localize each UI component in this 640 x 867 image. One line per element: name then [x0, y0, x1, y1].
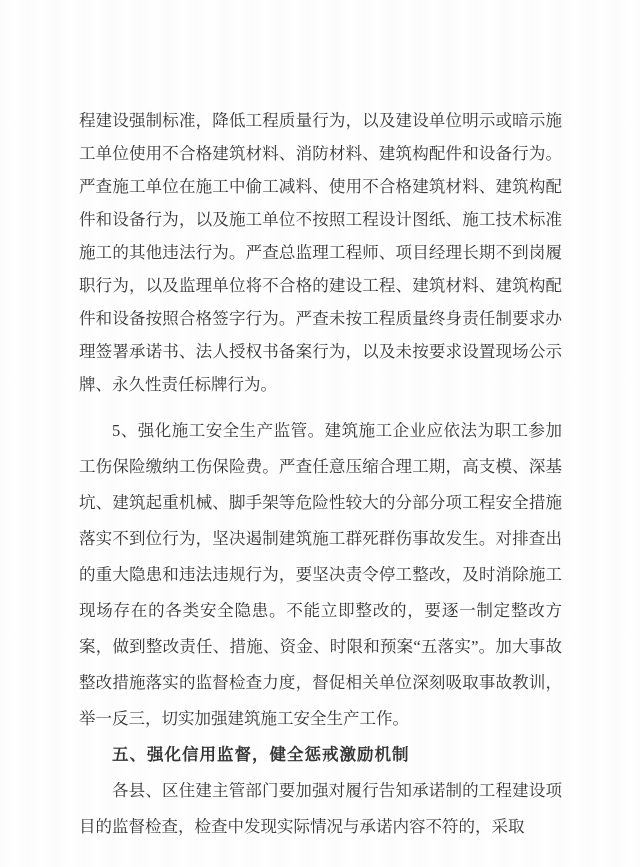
- paragraph-credit-supervision: 各县、区住建主管部门要加强对履行告知承诺制的工程建设项目的监督检查，检查中发现实…: [79, 773, 562, 845]
- document-page: 程建设强制标准，降低工程质量行为，以及建设单位明示或暗示施工单位使用不合格建筑材…: [0, 0, 640, 867]
- paragraph-quality-violations: 程建设强制标准，降低工程质量行为，以及建设单位明示或暗示施工单位使用不合格建筑材…: [79, 104, 562, 401]
- document-content: 程建设强制标准，降低工程质量行为，以及建设单位明示或暗示施工单位使用不合格建筑材…: [79, 104, 562, 845]
- section-heading-credit-supervision: 五、强化信用监督，健全惩戒激励机制: [79, 737, 562, 773]
- paragraph-safety-supervision: 5、强化施工安全生产监管。建筑施工企业应依法为职工参加工伤保险缴纳工伤保险费。严…: [79, 413, 562, 737]
